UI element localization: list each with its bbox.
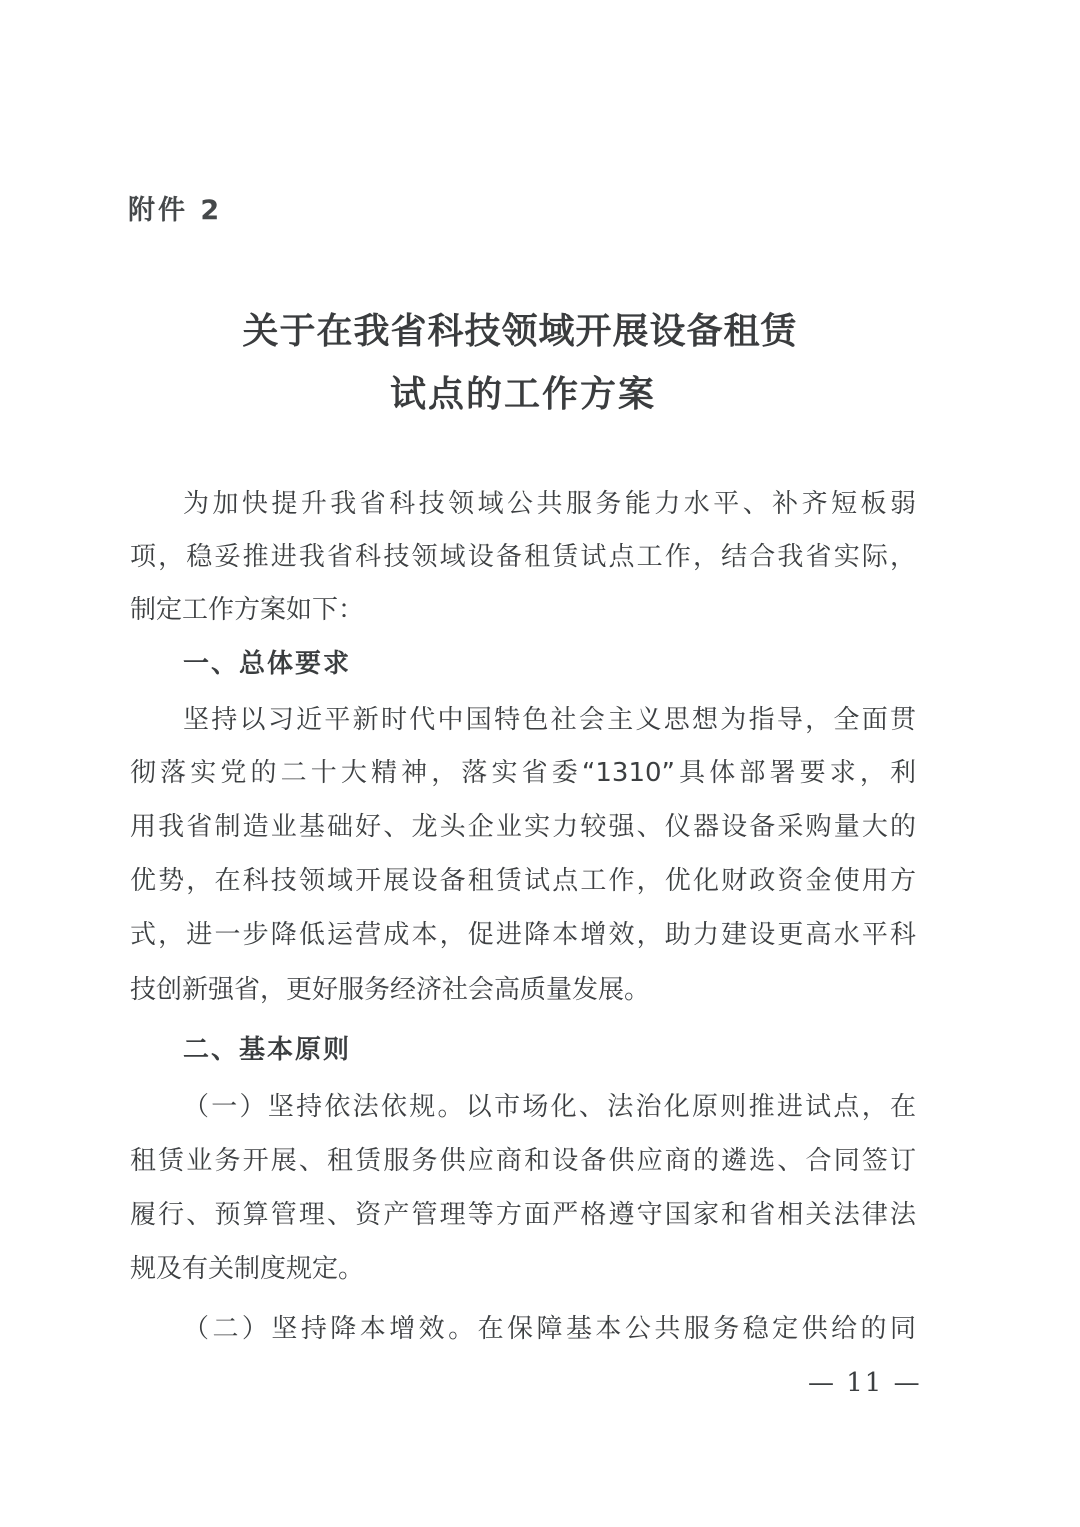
principle-1-line-2: 租赁业务开展、租赁服务供应商和设备供应商的遴选、合同签订 — [130, 1145, 916, 1177]
principle-2-line-1: （二）坚持降本增效。在保障基本公共服务稳定供给的同 — [183, 1313, 916, 1345]
section-1-line-1: 坚持以习近平新时代中国特色社会主义思想为指导，全面贯 — [183, 704, 916, 736]
document-title-line-1: 关于在我省科技领域开展设备租赁 — [0, 303, 1060, 354]
document-title-line-2: 试点的工作方案 — [0, 366, 1063, 417]
section-1-line-6: 技创新强省，更好服务经济社会高质量发展。 — [130, 974, 916, 1006]
principle-1-line-3: 履行、预算管理、资产管理等方面严格遵守国家和省相关法律法 — [130, 1199, 916, 1231]
section-1-line-2: 彻落实党的二十大精神，落实省委“1310”具体部署要求，利 — [130, 757, 916, 789]
page-number: — 11 — — [808, 1368, 922, 1398]
section-1-line-4: 优势，在科技领域开展设备租赁试点工作，优化财政资金使用方 — [130, 865, 916, 897]
section-1-line-3: 用我省制造业基础好、龙头企业实力较强、仪器设备采购量大的 — [130, 811, 916, 843]
section-heading-basic-principles: 二、基本原则 — [183, 1034, 351, 1066]
section-1-line-5: 式，进一步降低运营成本，促进降本增效，助力建设更高水平科 — [130, 919, 916, 951]
attachment-label: 附件 2 — [128, 188, 222, 227]
intro-line-3: 制定工作方案如下： — [130, 594, 916, 626]
intro-line-2: 项，稳妥推进我省科技领域设备租赁试点工作，结合我省实际， — [130, 541, 916, 573]
principle-1-line-1: （一）坚持依法依规。以市场化、法治化原则推进试点，在 — [183, 1091, 916, 1123]
intro-line-1: 为加快提升我省科技领域公共服务能力水平、补齐短板弱 — [183, 488, 916, 520]
document-page: 附件 2 关于在我省科技领域开展设备租赁 试点的工作方案 为加快提升我省科技领域… — [0, 0, 1080, 1527]
section-heading-general-requirements: 一、总体要求 — [183, 648, 351, 680]
principle-1-line-4: 规及有关制度规定。 — [130, 1253, 916, 1285]
